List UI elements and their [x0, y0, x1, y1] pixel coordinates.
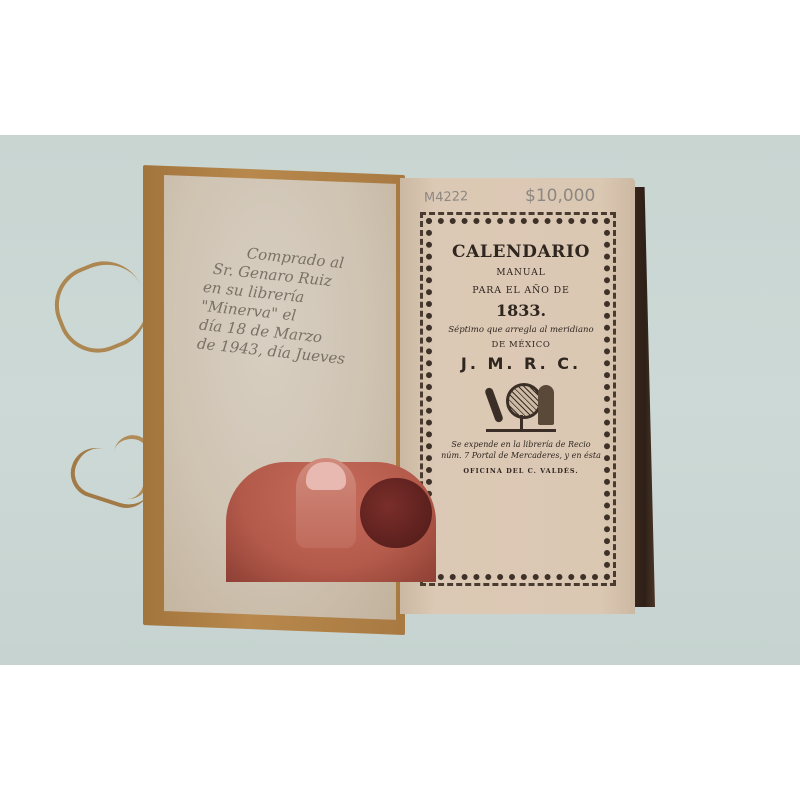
- finger: [360, 478, 432, 548]
- photo: [0, 135, 800, 665]
- printer-line: OFICINA DEL C. VALDÉS.: [440, 467, 602, 475]
- mexico-line: DE MÉXICO: [440, 340, 602, 350]
- binding-string-top: [43, 249, 159, 364]
- year: 1833.: [440, 301, 602, 320]
- pencil-price: $10,000: [525, 186, 595, 206]
- imprint-text: Se expende en la librería de Recio núm. …: [440, 439, 602, 461]
- subtitle: MANUAL: [440, 268, 602, 278]
- septimo-line: Séptimo que arregla al meridiano: [440, 325, 602, 335]
- title: CALENDARIO: [440, 242, 602, 262]
- handwritten-note: Comprado al Sr. Genaro Ruiz en su librer…: [196, 240, 407, 374]
- author-initials: J. M. R. C.: [440, 354, 602, 373]
- title-block: CALENDARIO MANUAL PARA EL AÑO DE 1833. S…: [440, 232, 602, 475]
- pencil-inventory-number: M4222: [424, 189, 469, 206]
- thumbnail: [306, 462, 346, 490]
- para-line: PARA EL AÑO DE: [440, 285, 602, 296]
- armillary-sphere-engraving-icon: [484, 381, 558, 435]
